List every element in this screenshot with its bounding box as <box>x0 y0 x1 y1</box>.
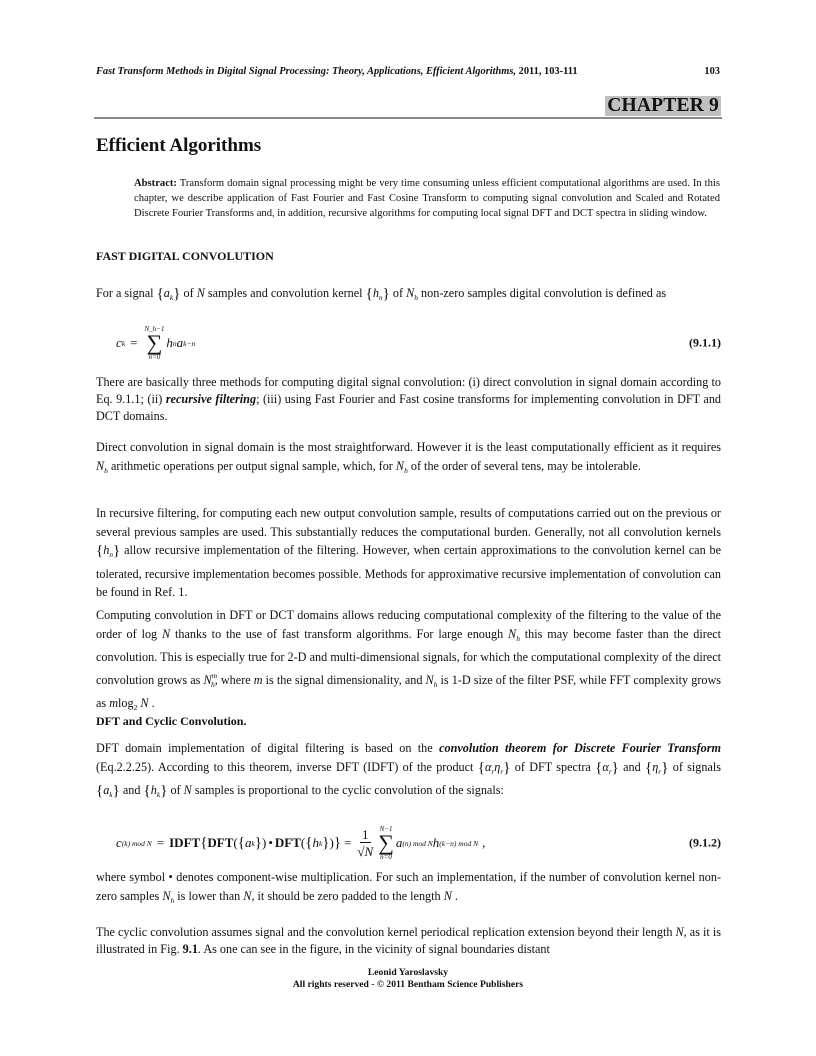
text: of DFT spectra <box>515 760 591 774</box>
math-N: N <box>508 627 516 641</box>
math-sub: (k−n) mod N <box>439 839 478 848</box>
paragraph-intro: For a signal {ak} of N samples and convo… <box>96 285 721 306</box>
paragraph-direct: Direct convolution in signal domain is t… <box>96 438 721 480</box>
brace: } <box>383 286 390 302</box>
dft-operator: DFT <box>207 835 233 851</box>
fraction-numerator: 1 <box>360 827 371 843</box>
dft-operator: DFT <box>275 835 301 851</box>
text: where symbol <box>96 870 165 884</box>
text: , where <box>215 673 251 687</box>
math-N: N <box>197 286 205 300</box>
math-N: N <box>140 696 148 710</box>
math-log: log <box>118 696 134 710</box>
text: of the order of several tens, may be int… <box>411 459 641 473</box>
text: allow recursive implementation of the fi… <box>96 543 721 599</box>
brace: } <box>113 783 120 799</box>
paragraph-methods: There are basically three methods for co… <box>96 374 721 426</box>
text: samples and convolution kernel <box>208 286 363 300</box>
brace: } <box>113 543 120 559</box>
journal-citation: Fast Transform Methods in Digital Signal… <box>96 66 578 77</box>
fraction: 1 √N <box>357 827 373 860</box>
fraction-denominator: √N <box>357 843 373 860</box>
paragraph-dft-intro: DFT domain implementation of digital fil… <box>96 739 721 805</box>
emphasis: convolution theorem for Discrete Fourier… <box>439 741 721 755</box>
brace: { <box>157 286 164 302</box>
text: and <box>623 760 641 774</box>
brace: { <box>200 835 207 852</box>
text: is the signal dimensionality, and <box>266 673 423 687</box>
sigma-symbol: ∑ <box>378 833 394 853</box>
emphasis: recursive filtering <box>166 392 256 406</box>
chapter-label: CHAPTER 9 <box>605 96 721 116</box>
page-footer: Leonid Yaroslavsky All rights reserved -… <box>0 967 816 991</box>
sigma-symbol: ∑ <box>147 333 163 353</box>
math-sub: h <box>104 466 108 475</box>
text: In recursive filtering, for computing ea… <box>96 506 721 539</box>
text: of <box>170 783 180 797</box>
equation-expression: ck = N_h−1 ∑ n=0 hnak−n <box>116 318 195 368</box>
abstract: Abstract: Transform domain signal proces… <box>134 176 720 222</box>
text: (Eq.2.2.25). According to this theorem, … <box>96 760 473 774</box>
math-sub: (k) mod N <box>122 839 152 848</box>
figure-reference[interactable]: 9.1 <box>183 942 198 956</box>
summation: N_h−1 ∑ n=0 <box>144 325 164 361</box>
brace: } <box>661 760 668 776</box>
equals-sign: = <box>157 835 164 851</box>
section-heading-dft-cyclic: DFT and Cyclic Convolution. <box>96 714 246 729</box>
summation: N−1 ∑ n=0 <box>378 825 394 861</box>
brace: } <box>160 783 167 799</box>
abstract-text: Transform domain signal processing might… <box>134 178 720 219</box>
math-log: log <box>142 627 158 641</box>
math-sub: (n) mod N <box>402 839 432 848</box>
running-header: Fast Transform Methods in Digital Signal… <box>96 66 720 77</box>
text: of signals <box>673 760 721 774</box>
bullet-operator: • <box>268 835 273 851</box>
brace: { <box>478 760 485 776</box>
math-N: N <box>162 627 170 641</box>
math-sub: k <box>122 339 125 348</box>
section-heading-fast-convolution: FAST DIGITAL CONVOLUTION <box>96 249 274 264</box>
math-sub: k−n <box>183 339 195 348</box>
header-rule <box>94 117 722 119</box>
math-sub: h <box>404 466 408 475</box>
text: . <box>455 889 458 903</box>
math-N: N <box>184 783 192 797</box>
equation-9-1-1: ck = N_h−1 ∑ n=0 hnak−n (9.1.1) <box>116 318 721 368</box>
text: . As one can see in the figure, in the v… <box>198 942 550 956</box>
equation-number: (9.1.2) <box>689 836 721 851</box>
text: of <box>183 286 193 300</box>
math-N: N <box>444 889 452 903</box>
page-number: 103 <box>704 66 720 77</box>
text: DFT domain implementation of digital fil… <box>96 741 433 755</box>
text: non-zero samples digital convolution is … <box>421 286 666 300</box>
text: of <box>393 286 403 300</box>
chapter-title: Efficient Algorithms <box>96 135 261 157</box>
brace: } <box>612 760 619 776</box>
text: is lower than <box>177 889 240 903</box>
math-sub: h <box>170 896 174 905</box>
bullet-symbol: • <box>169 870 173 884</box>
footer-rights: All rights reserved - © 2011 Bentham Sci… <box>0 979 816 991</box>
comma: , <box>482 835 485 851</box>
sum-lower-limit: n=0 <box>149 353 161 361</box>
footer-author: Leonid Yaroslavsky <box>0 967 816 979</box>
math-sub: 2 <box>134 703 138 712</box>
text: and <box>123 783 141 797</box>
brace: { <box>305 835 312 852</box>
math-m: m <box>254 673 263 687</box>
sum-lower-limit: n=0 <box>380 853 392 861</box>
brace: { <box>366 286 373 302</box>
paragraph-computing: Computing convolution in DFT or DCT doma… <box>96 606 721 718</box>
math-m: m <box>109 696 118 710</box>
equation-number: (9.1.1) <box>689 336 721 351</box>
journal-year-pages: 2011, 103-111 <box>519 66 578 77</box>
math-sub: h <box>434 680 438 689</box>
brace: } <box>503 760 510 776</box>
math-sub: h <box>516 634 520 643</box>
paragraph-where: where symbol • denotes component-wise mu… <box>96 868 721 910</box>
text: . <box>152 696 155 710</box>
math-N: N <box>96 459 104 473</box>
paragraph-cyclic: The cyclic convolution assumes signal an… <box>96 924 721 958</box>
text: For a signal <box>96 286 154 300</box>
brace: } <box>322 835 329 852</box>
math-N: N <box>396 459 404 473</box>
brace: } <box>334 835 341 852</box>
equation-expression: c(k) mod N = IDFT{DFT({ak}) • DFT({hk})}… <box>116 818 485 868</box>
equation-9-1-2: c(k) mod N = IDFT{DFT({ak}) • DFT({hk})}… <box>116 818 721 868</box>
paragraph-recursive: In recursive filtering, for computing ea… <box>96 504 721 602</box>
math-N: N <box>676 925 684 939</box>
math-N: N <box>426 673 434 687</box>
equals-sign: = <box>344 835 351 851</box>
journal-title: Fast Transform Methods in Digital Signal… <box>96 66 516 77</box>
brace: } <box>173 286 180 302</box>
equals-sign: = <box>130 335 137 351</box>
abstract-label: Abstract: <box>134 178 177 189</box>
brace: { <box>238 835 245 852</box>
text: Direct convolution in signal domain is t… <box>96 440 721 454</box>
brace: { <box>144 783 151 799</box>
text: samples is proportional to the cyclic co… <box>195 783 504 797</box>
text: arithmetic operations per output signal … <box>111 459 393 473</box>
text: thanks to the use of fast transform algo… <box>175 627 503 641</box>
text: , it should be zero padded to the length <box>251 889 440 903</box>
idft-operator: IDFT <box>169 835 200 851</box>
brace: } <box>255 835 262 852</box>
math-sub: h <box>414 293 418 302</box>
text: The cyclic convolution assumes signal an… <box>96 925 672 939</box>
